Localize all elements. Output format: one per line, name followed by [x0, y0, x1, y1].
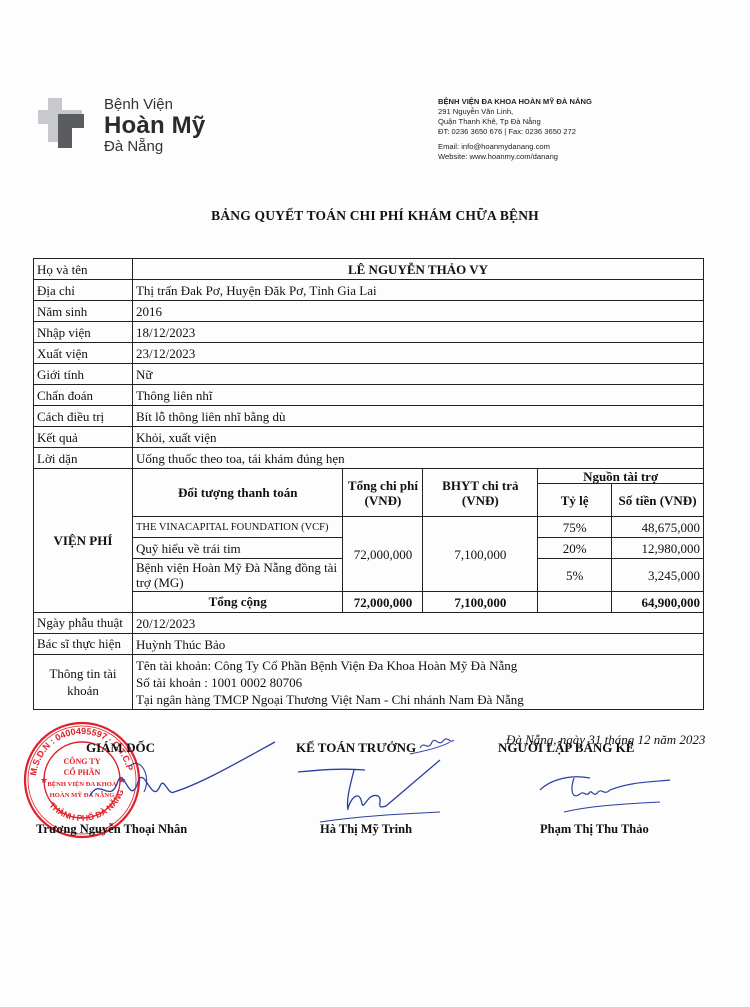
totals-row: Tổng cộng 72,000,000 7,100,000 64,900,00… — [34, 592, 704, 613]
preparer-role: NGƯỜI LẬP BẢNG KÊ — [498, 740, 634, 756]
address-line-1: 291 Nguyễn Văn Linh, — [438, 107, 592, 117]
field-label: Giới tính — [34, 364, 133, 385]
hospital-name: BỆNH VIỆN ĐA KHOA HOÀN MỸ ĐÀ NẴNG — [438, 97, 592, 107]
logo-line-3: Đà Nẵng — [104, 138, 205, 156]
account-bank: Tại ngân hàng TMCP Ngoại Thương Việt Nam… — [136, 691, 700, 708]
patient-name-row: Họ và tên LÊ NGUYỄN THẢO VY — [34, 259, 704, 280]
field-label: Bác sĩ thực hiện — [34, 634, 133, 655]
address-line-2: Quận Thanh Khê, Tp Đà Nẵng — [438, 117, 592, 127]
email: Email: info@hoanmydanang.com — [438, 142, 592, 152]
field-value: Khỏi, xuất viện — [132, 427, 703, 448]
field-value: Bít lỗ thông liên nhĩ bằng dù — [132, 406, 703, 427]
sponsor-name: Quỹ hiểu về trái tim — [132, 538, 343, 559]
payer-header: Đối tượng thanh toán — [132, 469, 343, 517]
sponsor-name: THE VINACAPITAL FOUNDATION (VCF) — [132, 517, 343, 538]
doctor-name: Huỳnh Thúc Bảo — [132, 634, 703, 655]
totals-insurance: 7,100,000 — [423, 592, 538, 613]
signature-section: Đà Nẵng, ngày 31 tháng 12 năm 2023 M.S.D… — [0, 740, 750, 860]
surgery-date-row: Ngày phẫu thuật 20/12/2023 — [34, 613, 704, 634]
sponsor-amount: 12,980,000 — [612, 538, 704, 559]
info-row: Kết quảKhỏi, xuất viện — [34, 427, 704, 448]
svg-text:★: ★ — [40, 775, 48, 785]
phone-fax: ĐT: 0236 3650 676 | Fax: 0236 3650 272 — [438, 127, 592, 137]
director-signature-icon — [60, 736, 280, 826]
field-value: 2016 — [132, 301, 703, 322]
preparer-name: Phạm Thị Thu Thảo — [540, 822, 649, 837]
info-row: Lời dặnUống thuốc theo toa, tái khám đún… — [34, 448, 704, 469]
document-page: Bệnh Viện Hoàn Mỹ Đà Nẵng BỆNH VIỆN ĐA K… — [0, 0, 750, 1007]
field-value: 18/12/2023 — [132, 322, 703, 343]
account-number: Số tài khoản : 1001 0002 80706 — [136, 674, 700, 691]
surgery-date: 20/12/2023 — [132, 613, 703, 634]
sponsor-name: Bệnh viện Hoàn Mỹ Đà Nẵng đồng tài trợ (… — [132, 559, 343, 592]
fees-section-label: VIỆN PHÍ — [34, 469, 133, 613]
hospital-contact: BỆNH VIỆN ĐA KHOA HOÀN MỸ ĐÀ NẴNG 291 Ng… — [438, 97, 592, 162]
website: Website: www.hoanmy.com/danang — [438, 152, 592, 162]
director-name: Trương Nguyễn Thoại Nhân — [36, 822, 187, 837]
sponsor-rate: 5% — [538, 559, 612, 592]
field-value: Thông liên nhĩ — [132, 385, 703, 406]
doctor-row: Bác sĩ thực hiện Huỳnh Thúc Bảo — [34, 634, 704, 655]
logo-line-2: Hoàn Mỹ — [104, 114, 205, 138]
funding-source-header: Nguồn tài trợ — [538, 469, 704, 484]
info-row: Năm sinh2016 — [34, 301, 704, 322]
settlement-table: Họ và tên LÊ NGUYỄN THẢO VY Địa chỉThị t… — [33, 258, 704, 710]
sponsor-row: THE VINACAPITAL FOUNDATION (VCF) 72,000,… — [34, 517, 704, 538]
info-row: Chẩn đoánThông liên nhĩ — [34, 385, 704, 406]
field-value: Thị trấn Đak Pơ, Huyện Đăk Pơ, Tỉnh Gia … — [132, 280, 703, 301]
info-row: Xuất viện23/12/2023 — [34, 343, 704, 364]
medical-cross-logo-icon — [38, 98, 88, 148]
field-value: 23/12/2023 — [132, 343, 703, 364]
amount-header: Số tiền (VNĐ) — [612, 484, 704, 517]
total-cost-header: Tổng chi phí (VNĐ) — [343, 469, 423, 517]
field-label: Lời dặn — [34, 448, 133, 469]
field-label: Họ và tên — [34, 259, 133, 280]
field-label: Thông tin tài khoản — [34, 655, 133, 710]
hospital-logo: Bệnh Viện Hoàn Mỹ Đà Nẵng — [38, 96, 248, 156]
totals-cost: 72,000,000 — [343, 592, 423, 613]
field-value: Uống thuốc theo toa, tái khám đúng hẹn — [132, 448, 703, 469]
field-label: Địa chỉ — [34, 280, 133, 301]
field-label: Ngày phẫu thuật — [34, 613, 133, 634]
sponsor-amount: 48,675,000 — [612, 517, 704, 538]
field-label: Kết quả — [34, 427, 133, 448]
info-row: Địa chỉThị trấn Đak Pơ, Huyện Đăk Pơ, Tỉ… — [34, 280, 704, 301]
field-label: Chẩn đoán — [34, 385, 133, 406]
insurance-header: BHYT chi trả (VNĐ) — [423, 469, 538, 517]
account-name: Tên tài khoản: Công Ty Cổ Phần Bệnh Viện… — [136, 657, 700, 674]
accountant-name: Hà Thị Mỹ Trinh — [320, 822, 412, 837]
info-row: Cách điều trịBít lỗ thông liên nhĩ bằng … — [34, 406, 704, 427]
field-label: Xuất viện — [34, 343, 133, 364]
sponsor-rate: 20% — [538, 538, 612, 559]
sponsor-amount: 3,245,000 — [612, 559, 704, 592]
account-row: Thông tin tài khoản Tên tài khoản: Công … — [34, 655, 704, 710]
sponsor-rate: 75% — [538, 517, 612, 538]
field-label: Năm sinh — [34, 301, 133, 322]
totals-label: Tổng cộng — [132, 592, 343, 613]
total-cost-value: 72,000,000 — [343, 517, 423, 592]
insurance-value: 7,100,000 — [423, 517, 538, 592]
preparer-signature-icon — [530, 760, 680, 820]
totals-amount: 64,900,000 — [612, 592, 704, 613]
fees-header-row-1: VIỆN PHÍ Đối tượng thanh toán Tổng chi p… — [34, 469, 704, 484]
field-label: Nhập viện — [34, 322, 133, 343]
patient-name: LÊ NGUYỄN THẢO VY — [132, 259, 703, 280]
rate-header: Tỷ lệ — [538, 484, 612, 517]
info-row: Giới tínhNữ — [34, 364, 704, 385]
accountant-signature-icon — [290, 730, 460, 825]
info-row: Nhập viện18/12/2023 — [34, 322, 704, 343]
field-label: Cách điều trị — [34, 406, 133, 427]
field-value: Nữ — [132, 364, 703, 385]
document-title: BẢNG QUYẾT TOÁN CHI PHÍ KHÁM CHỮA BỆNH — [0, 208, 750, 224]
totals-rate — [538, 592, 612, 613]
